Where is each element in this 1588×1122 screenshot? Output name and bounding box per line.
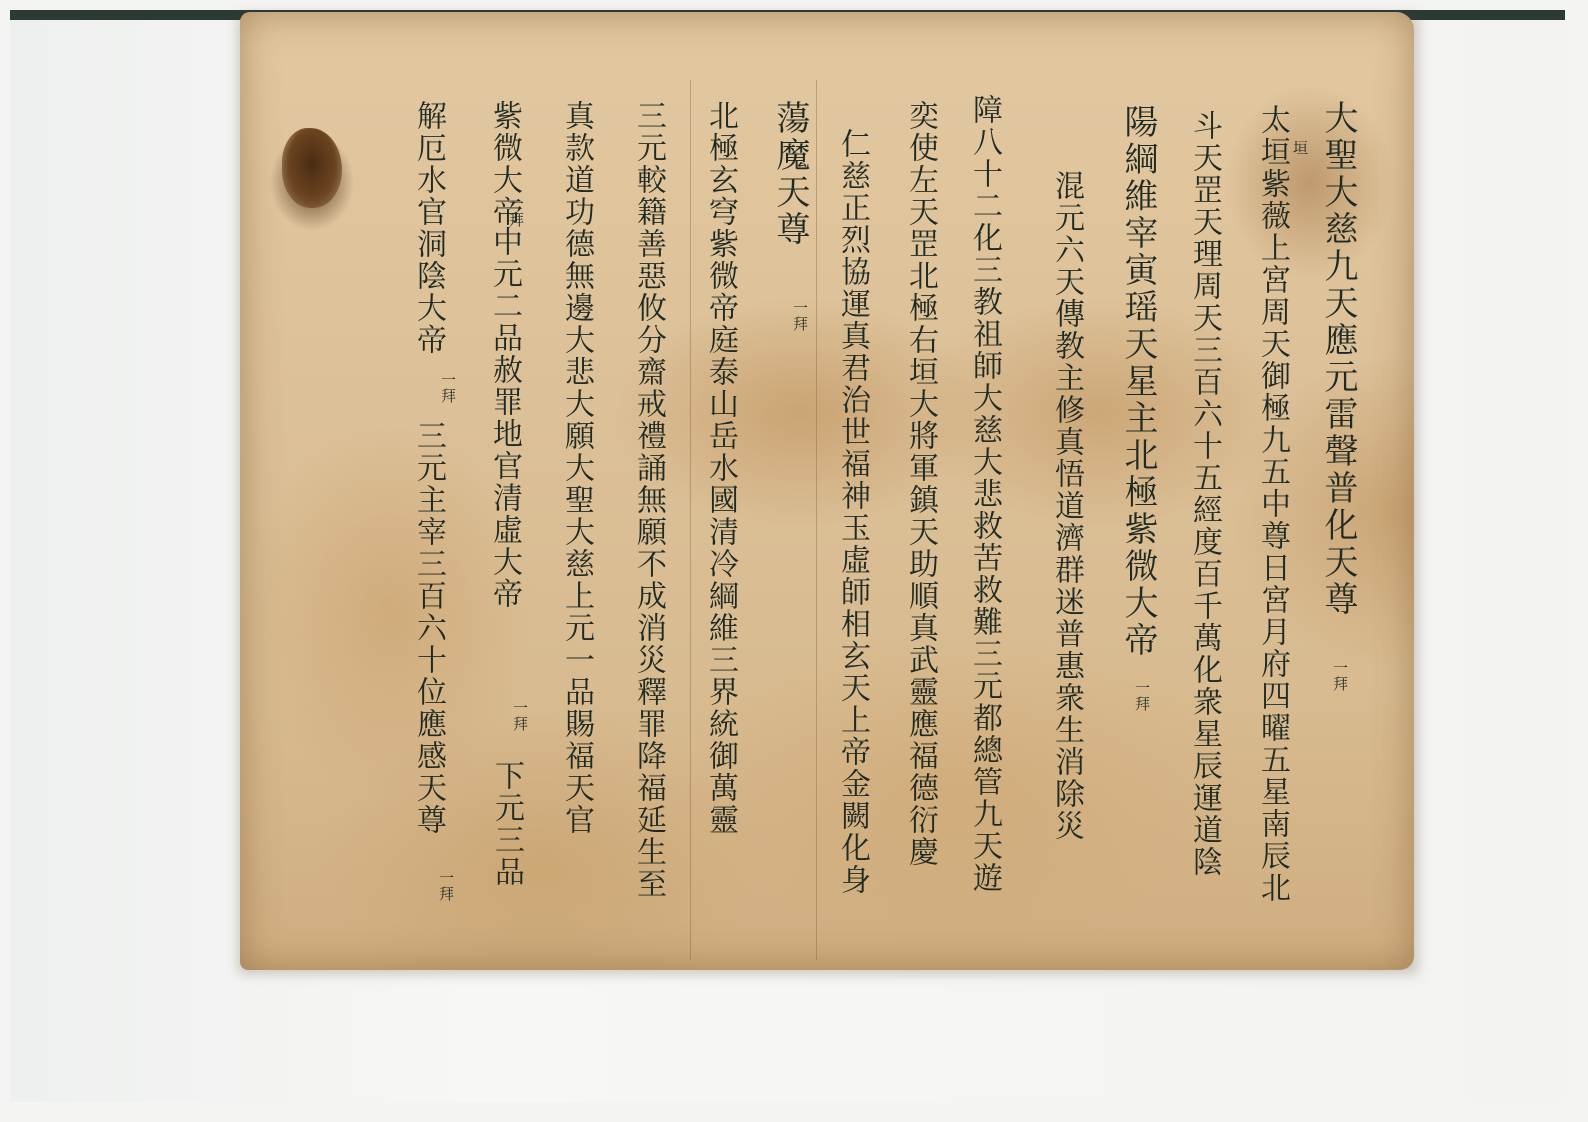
text-column-14-continuation: 三元主宰三百六十位應感天尊 [408,420,448,836]
text-column-10: 北極玄穹紫微帝庭泰山岳水國清冷綱維三界統御萬靈 [700,100,740,836]
text-column-11: 三元較籍善惡攸分齋戒禮誦無願不成消災釋罪降福延生至 [628,100,668,900]
text-column-14: 解厄水官洞陰大帝 [408,100,448,356]
text-column-13-continuation-2: 下元三品 [486,760,526,888]
text-column-12: 真款道功德無邊大悲大願大聖大慈上元一品賜福天官 [556,100,596,836]
bow-note: 一拜 [510,700,531,732]
center-fold-line [816,80,817,960]
text-column-13-continuation: 中元二品赦罪地官清虛大帝 [484,226,524,610]
bow-note: 一拜 [436,870,457,902]
bow-note: 一拜 [506,196,527,228]
bow-note: 一拜 [790,300,811,332]
text-column-2: 太垣紫薇上宮周天御極九五中尊日宮月府四曜五星南辰北 [1252,104,1292,904]
text-column-4: 陽綱維宰寅瑶天星主北極紫微大帝 [1118,104,1158,659]
bow-note: 一拜 [438,372,459,404]
text-column-3: 斗天罡天理周天三百六十五經度百千萬化衆星辰運道陰 [1184,110,1224,878]
ruled-line [690,80,691,960]
text-column-6: 障八十二化三教祖師大慈大悲救苦救難三元都總管九天遊 [964,94,1004,894]
bow-note: 一拜 [1330,660,1351,692]
text-column-5: 混元六天傳教主修真悟道濟群迷普惠衆生消除災 [1046,170,1086,842]
interlinear-gloss: 垣 [1290,140,1311,156]
text-column-8: 仁慈正烈協運真君治世福神玉虛師相玄天上帝金闕化身 [832,128,872,896]
ink-stain [282,128,342,208]
text-column-7: 奕使左天罡北極右垣大將軍鎮天助順真武靈應福德衍慶 [900,100,940,868]
text-column-1: 大聖大慈九天應元雷聲普化天尊 [1318,100,1358,618]
bow-note: 一拜 [1132,680,1153,712]
text-column-9: 蕩魔天尊 [770,100,810,248]
